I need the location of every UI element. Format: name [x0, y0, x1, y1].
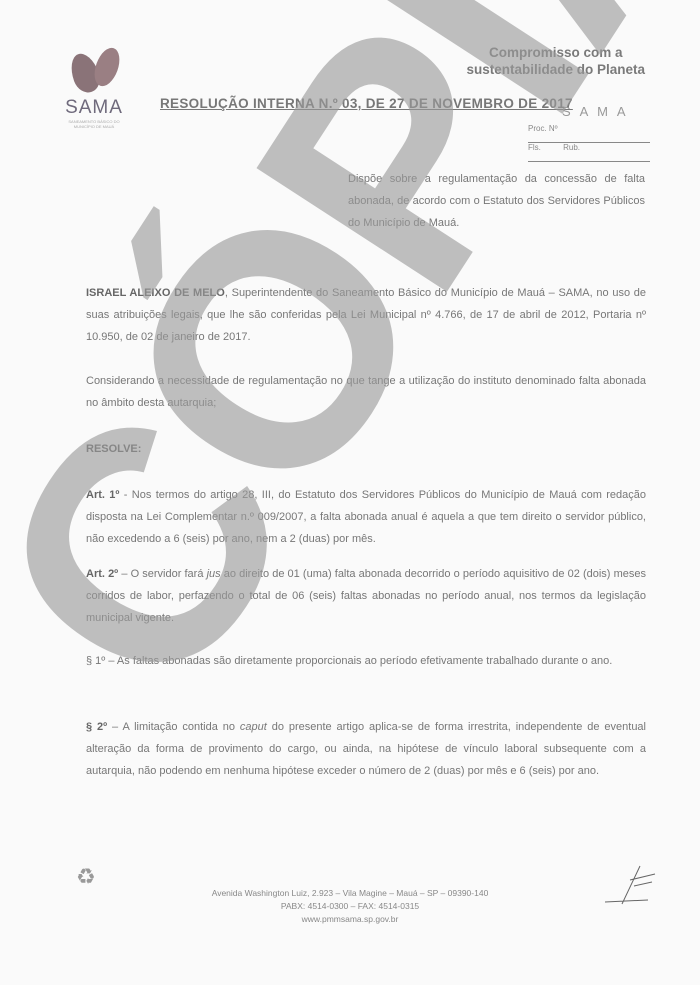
paragraph-1: § 1º – As faltas abonadas são diretament…: [86, 650, 646, 672]
par2-text-a: – A limitação contida no: [107, 721, 240, 733]
art1-label: Art. 1º: [86, 489, 119, 501]
logo-emblem-icon: [68, 45, 120, 97]
ementa: Dispõe sobre a regulamentação da concess…: [348, 168, 645, 234]
art2-text-a: – O servidor fará: [118, 568, 206, 580]
stamp-rub-label: Rub.: [563, 143, 580, 152]
par1-text: – As faltas abonadas são diretamente pro…: [105, 655, 612, 667]
logo-subtitle: SANEAMENTO BÁSICO DO MUNICÍPIO DE MAUÁ: [58, 119, 130, 129]
art2-label: Art. 2º: [86, 568, 118, 580]
article-2: Art. 2º – O servidor fará jus ao direito…: [86, 563, 646, 629]
article-1: Art. 1º - Nos termos do artigo 28, III, …: [86, 484, 646, 550]
stamp-fls-label: Fls.: [528, 143, 541, 152]
preamble: ISRAEL ALEIXO DE MELO, Superintendente d…: [86, 282, 646, 348]
considerando: Considerando a necessidade de regulament…: [86, 370, 646, 414]
footer-website: www.pmmsama.sp.gov.br: [0, 913, 700, 926]
document-page: SAMA SANEAMENTO BÁSICO DO MUNICÍPIO DE M…: [0, 0, 700, 985]
signatory-name: ISRAEL ALEIXO DE MELO: [86, 287, 225, 299]
footer-phone: PABX: 4514-0300 – FAX: 4514-0315: [0, 900, 700, 913]
stamp-org: S A M A: [562, 104, 629, 119]
logo-name: SAMA: [58, 97, 130, 119]
slogan: Compromisso com a sustentabilidade do Pl…: [466, 44, 645, 78]
signature-icon: [600, 860, 660, 910]
resolve-label: RESOLVE:: [86, 443, 141, 455]
art1-text: - Nos termos do artigo 28, III, do Estat…: [86, 489, 646, 545]
resolve-heading: RESOLVE:: [86, 438, 646, 460]
footer-address: Avenida Washington Luiz, 2.923 – Vila Ma…: [0, 887, 700, 900]
par2-italic: caput: [240, 721, 267, 733]
slogan-line-2: sustentabilidade do Planeta: [466, 61, 645, 78]
sama-logo: SAMA SANEAMENTO BÁSICO DO MUNICÍPIO DE M…: [58, 45, 130, 129]
protocol-stamp: Proc. Nº Fls. Rub.: [528, 124, 650, 162]
stamp-proc-label: Proc. Nº: [528, 124, 558, 133]
par2-label: § 2º: [86, 721, 107, 733]
slogan-line-1: Compromisso com a: [466, 44, 645, 61]
footer: Avenida Washington Luiz, 2.923 – Vila Ma…: [0, 887, 700, 926]
document-title: RESOLUÇÃO INTERNA N.º 03, DE 27 DE NOVEM…: [160, 96, 573, 111]
art2-italic: jus: [207, 568, 221, 580]
par1-label: § 1º: [86, 655, 105, 667]
paragraph-2: § 2º – A limitação contida no caput do p…: [86, 716, 646, 782]
